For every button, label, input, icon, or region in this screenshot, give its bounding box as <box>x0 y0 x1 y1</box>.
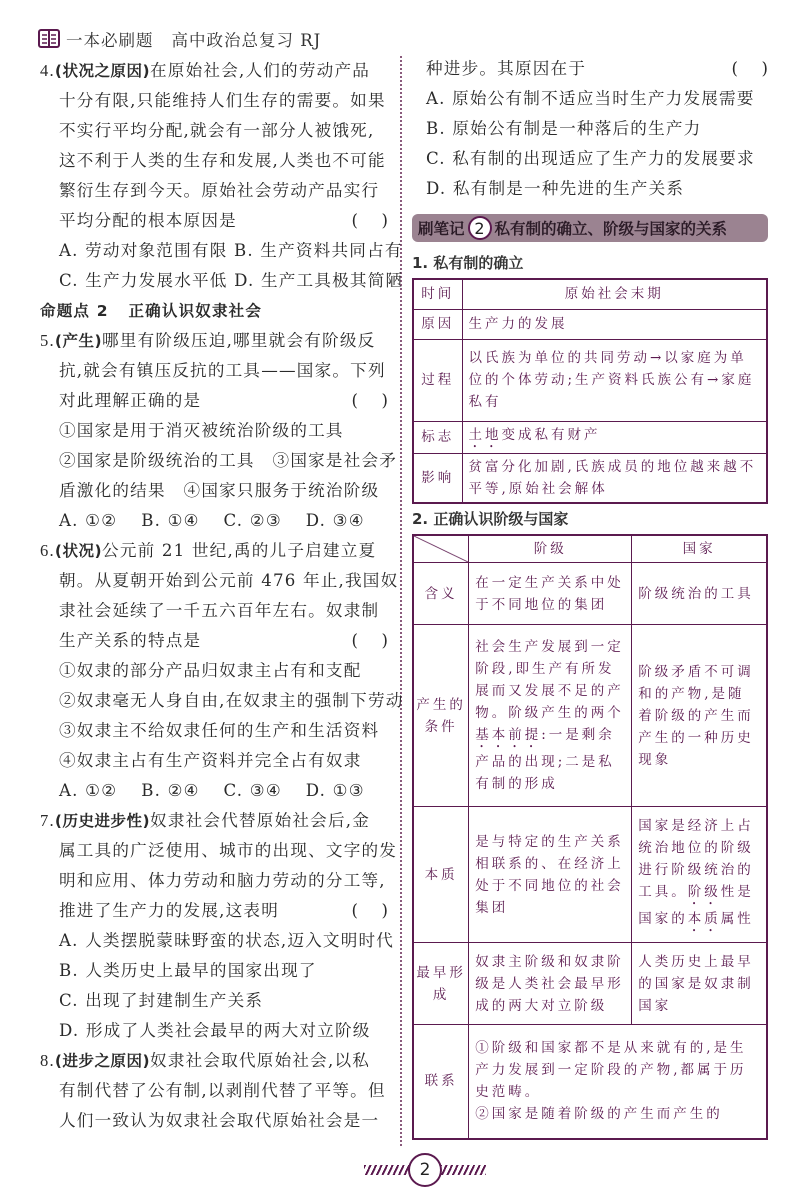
question-7: 7.(历史进步性)奴隶社会代替原始社会后,金 属工具的广泛使用、城市的出现、文字… <box>40 806 388 1046</box>
column-header-state: 国家 <box>632 535 767 563</box>
answer-blank[interactable]: () <box>352 896 388 926</box>
answer-option: B. ②④ <box>141 776 223 806</box>
subheading-private-ownership: 1. 私有制的确立 <box>412 250 768 276</box>
question-text: 种进步。其原因在于 <box>426 59 586 78</box>
row-label: 产生的条件 <box>413 625 469 807</box>
left-column: 4.(状况之原因)在原始社会,人们的劳动产品 十分有限,只能维持人们生存的需要。… <box>40 56 388 1136</box>
question-text: 公元前 21 世纪,禹的儿子启建立夏 <box>102 541 376 560</box>
row-value: 原始社会末期 <box>462 279 767 309</box>
book-subtitle: 高中政治总复习 RJ <box>172 27 322 51</box>
question-text: 这不利于人类的生存和发展,人类也不可能 <box>40 146 388 176</box>
question-tag: (产生) <box>55 332 102 350</box>
question-4: 4.(状况之原因)在原始社会,人们的劳动产品 十分有限,只能维持人们生存的需要。… <box>40 56 388 296</box>
table-row: 本质 是与特定的生产关系相联系的、在经济上处于不同地位的社会集团 国家是经济上占… <box>413 807 767 943</box>
question-6: 6.(状况)公元前 21 世纪,禹的儿子启建立夏 朝。从夏朝开始到公元前 476… <box>40 536 388 806</box>
table-row: 原因 生产力的发展 <box>413 309 767 339</box>
table-row: 含义 在一定生产关系中处于不同地位的集团 阶级统治的工具 <box>413 563 767 625</box>
question-text: 隶社会延续了一千五六百年左右。奴隶制 <box>40 596 388 626</box>
column-divider <box>400 56 402 1146</box>
question-number: 4. <box>40 61 55 80</box>
answer-option: A. 原始公有制不适应当时生产力发展需要 <box>412 84 768 114</box>
answer-option: A. ①② <box>59 506 141 536</box>
statement: ④奴隶主占有生产资料并完全占有奴隶 <box>40 746 388 776</box>
question-tag: (进步之原因) <box>55 1052 150 1070</box>
statement: ①奴隶的部分产品归奴隶主占有和支配 <box>40 656 388 686</box>
class-cell: 奴隶主阶级和奴隶阶级是人类社会最早形成的两大对立阶级 <box>469 943 632 1025</box>
question-number: 5. <box>40 331 55 350</box>
banner-title: 私有制的确立、阶级与国家的关系 <box>495 217 728 239</box>
answer-option: C. 生产力发展水平低 D. 生产工具极其简陋 <box>40 266 388 296</box>
question-text: 有制代替了公有制,以剥削代替了平等。但 <box>40 1076 388 1106</box>
answer-option: D. 形成了人类社会最早的两大对立阶级 <box>40 1016 388 1046</box>
table-row: 最早形成 奴隶主阶级和奴隶阶级是人类社会最早形成的两大对立阶级 人类历史上最早的… <box>413 943 767 1025</box>
answer-option: C. ②③ <box>224 506 306 536</box>
banner-number-badge: 2 <box>468 216 492 240</box>
table-row: 联系 ①阶级和国家都不是从来就有的,是生产力发展到一定阶段的产物,都属于历史范畴… <box>413 1025 767 1139</box>
answer-blank[interactable]: () <box>732 54 768 84</box>
notes-banner: 刷笔记 2 私有制的确立、阶级与国家的关系 <box>412 214 768 242</box>
connection-item: ①阶级和国家都不是从来就有的,是生产力发展到一定阶段的产物,都属于历史范畴。 <box>475 1037 760 1103</box>
question-8-continued: 种进步。其原因在于() A. 原始公有制不适应当时生产力发展需要 B. 原始公有… <box>412 54 768 204</box>
diagonal-corner-cell <box>413 535 469 563</box>
answer-option: C. ③④ <box>224 776 306 806</box>
statement: ③奴隶主不给奴隶任何的生产和生活资料 <box>40 716 388 746</box>
decorative-hatch-right <box>440 1165 486 1175</box>
book-title: 一本必刷题 <box>66 27 154 51</box>
class-cell: 在一定生产关系中处于不同地位的集团 <box>469 563 632 625</box>
running-header: 一本必刷题 高中政治总复习 RJ <box>38 26 321 52</box>
row-label: 影响 <box>413 453 462 503</box>
question-text: 在原始社会,人们的劳动产品 <box>150 61 370 80</box>
question-text: 哪里有阶级压迫,哪里就会有阶级反 <box>102 331 375 350</box>
answer-option: B. 人类历史上最早的国家出现了 <box>40 956 388 986</box>
table-row: 时间 原始社会末期 <box>413 279 767 309</box>
banner-prefix: 刷笔记 <box>418 217 465 239</box>
book-icon <box>38 29 60 49</box>
question-text: 抗,就会有镇压反抗的工具——国家。下列 <box>40 356 388 386</box>
question-text: 奴隶社会代替原始社会后,金 <box>150 811 370 830</box>
question-text: 推进了生产力的发展,这表明 <box>59 901 279 920</box>
class-cell: 是与特定的生产关系相联系的、在经济上处于不同地位的社会集团 <box>469 807 632 943</box>
question-5: 5.(产生)哪里有阶级压迫,哪里就会有阶级反 抗,就会有镇压反抗的工具——国家。… <box>40 326 388 536</box>
answer-options: A. ①② B. ①④ C. ②③ D. ③④ <box>40 506 388 536</box>
answer-options: A. ①② B. ②④ C. ③④ D. ①③ <box>40 776 388 806</box>
row-label: 联系 <box>413 1025 469 1139</box>
table-row: 过程 以氏族为单位的共同劳动→以家庭为单位的个体劳动;生产资料氏族公有→家庭私有 <box>413 339 767 421</box>
table-row: 产生的条件 社会生产发展到一定阶段,即生产有所发展而又发展不足的产物。阶级产生的… <box>413 625 767 807</box>
emphasized-text: 本质 <box>688 911 721 927</box>
question-tag: (历史进步性) <box>55 812 150 830</box>
table-row: 影响 贫富分化加剧,氏族成员的地位越来越不平等,原始社会解体 <box>413 453 767 503</box>
answer-option: A. 人类摆脱蒙昧野蛮的状态,迈入文明时代 <box>40 926 388 956</box>
row-label: 标志 <box>413 421 462 453</box>
row-label: 本质 <box>413 807 469 943</box>
emphasized-text: 阶级 <box>688 884 721 900</box>
answer-option: A. 劳动对象范围有限 B. 生产资料共同占有 <box>40 236 388 266</box>
row-label: 原因 <box>413 309 462 339</box>
page-number: 2 <box>408 1153 442 1187</box>
question-number: 6. <box>40 541 55 560</box>
answer-option: D. ①③ <box>306 776 388 806</box>
state-cell: 国家是经济上占统治地位的阶级进行阶级统治的工具。阶级性是国家的本质属性 <box>632 807 767 943</box>
row-label: 过程 <box>413 339 462 421</box>
question-text: 平均分配的根本原因是 <box>59 211 237 230</box>
connection-item: ②国家是随着阶级的产生而产生的 <box>475 1103 760 1125</box>
answer-option: A. ①② <box>59 776 141 806</box>
answer-option: C. 出现了封建制生产关系 <box>40 986 388 1016</box>
row-value: 以氏族为单位的共同劳动→以家庭为单位的个体劳动;生产资料氏族公有→家庭私有 <box>462 339 767 421</box>
state-cell: 人类历史上最早的国家是奴隶制国家 <box>632 943 767 1025</box>
answer-blank[interactable]: () <box>352 386 388 416</box>
question-text: 十分有限,只能维持人们生存的需要。如果 <box>40 86 388 116</box>
row-label: 含义 <box>413 563 469 625</box>
statement: ②国家是阶级统治的工具 ③国家是社会矛 <box>40 446 388 476</box>
answer-blank[interactable]: () <box>352 206 388 236</box>
answer-option: C. 私有制的出现适应了生产力的发展要求 <box>412 144 768 174</box>
question-text: 朝。从夏朝开始到公元前 476 年止,我国奴 <box>40 566 388 596</box>
question-text: 对此理解正确的是 <box>59 391 201 410</box>
question-tag: (状况之原因) <box>55 62 150 80</box>
table-header-row: 阶级 国家 <box>413 535 767 563</box>
question-number: 8. <box>40 1051 55 1070</box>
class-cell: 社会生产发展到一定阶段,即生产有所发展而又发展不足的产物。阶级产生的两个基本前提… <box>469 625 632 807</box>
section-heading: 命题点 2 正确认识奴隶社会 <box>40 296 388 326</box>
question-text: 人们一致认为奴隶社会取代原始社会是一 <box>40 1106 388 1136</box>
question-text: 明和应用、体力劳动和脑力劳动的分工等, <box>40 866 388 896</box>
row-value: 贫富分化加剧,氏族成员的地位越来越不平等,原始社会解体 <box>462 453 767 503</box>
page-footer: 2 <box>340 1150 510 1190</box>
private-ownership-table: 时间 原始社会末期 原因 生产力的发展 过程 以氏族为单位的共同劳动→以家庭为单… <box>412 278 768 504</box>
question-text: 生产关系的特点是 <box>59 631 201 650</box>
class-state-table: 阶级 国家 含义 在一定生产关系中处于不同地位的集团 阶级统治的工具 产生的条件… <box>412 534 768 1140</box>
column-header-class: 阶级 <box>469 535 632 563</box>
answer-option: B. 原始公有制是一种落后的生产力 <box>412 114 768 144</box>
decorative-hatch-left <box>364 1165 410 1175</box>
subheading-class-and-state: 2. 正确认识阶级与国家 <box>412 506 768 532</box>
emphasized-text: 基本前提 <box>475 727 541 743</box>
right-column: 种进步。其原因在于() A. 原始公有制不适应当时生产力发展需要 B. 原始公有… <box>412 54 768 1140</box>
question-8: 8.(进步之原因)奴隶社会取代原始社会,以私 有制代替了公有制,以剥削代替了平等… <box>40 1046 388 1136</box>
answer-blank[interactable]: () <box>352 626 388 656</box>
row-value: 生产力的发展 <box>462 309 767 339</box>
answer-option: D. 私有制是一种先进的生产关系 <box>412 174 768 204</box>
answer-option: D. ③④ <box>306 506 388 536</box>
row-label: 时间 <box>413 279 462 309</box>
state-cell: 阶级统治的工具 <box>632 563 767 625</box>
row-label: 最早形成 <box>413 943 469 1025</box>
table-row: 标志 土地变成私有财产 <box>413 421 767 453</box>
answer-option: B. ①④ <box>141 506 223 536</box>
statement: ②奴隶毫无人身自由,在奴隶主的强制下劳动 <box>40 686 388 716</box>
statement: 盾激化的结果 ④国家只服务于统治阶级 <box>40 476 388 506</box>
question-text: 繁衍生存到今天。原始社会劳动产品实行 <box>40 176 388 206</box>
emphasized-text: 土地 <box>469 427 502 443</box>
connection-cell: ①阶级和国家都不是从来就有的,是生产力发展到一定阶段的产物,都属于历史范畴。 ②… <box>469 1025 767 1139</box>
question-text: 奴隶社会取代原始社会,以私 <box>150 1051 370 1070</box>
question-text: 不实行平均分配,就会有一部分人被饿死, <box>40 116 388 146</box>
question-text: 属工具的广泛使用、城市的出现、文字的发 <box>40 836 388 866</box>
row-value: 土地变成私有财产 <box>462 421 767 453</box>
statement: ①国家是用于消灭被统治阶级的工具 <box>40 416 388 446</box>
state-cell: 阶级矛盾不可调和的产物,是随着阶级的产生而产生的一种历史现象 <box>632 625 767 807</box>
question-tag: (状况) <box>55 542 102 560</box>
question-number: 7. <box>40 811 55 830</box>
